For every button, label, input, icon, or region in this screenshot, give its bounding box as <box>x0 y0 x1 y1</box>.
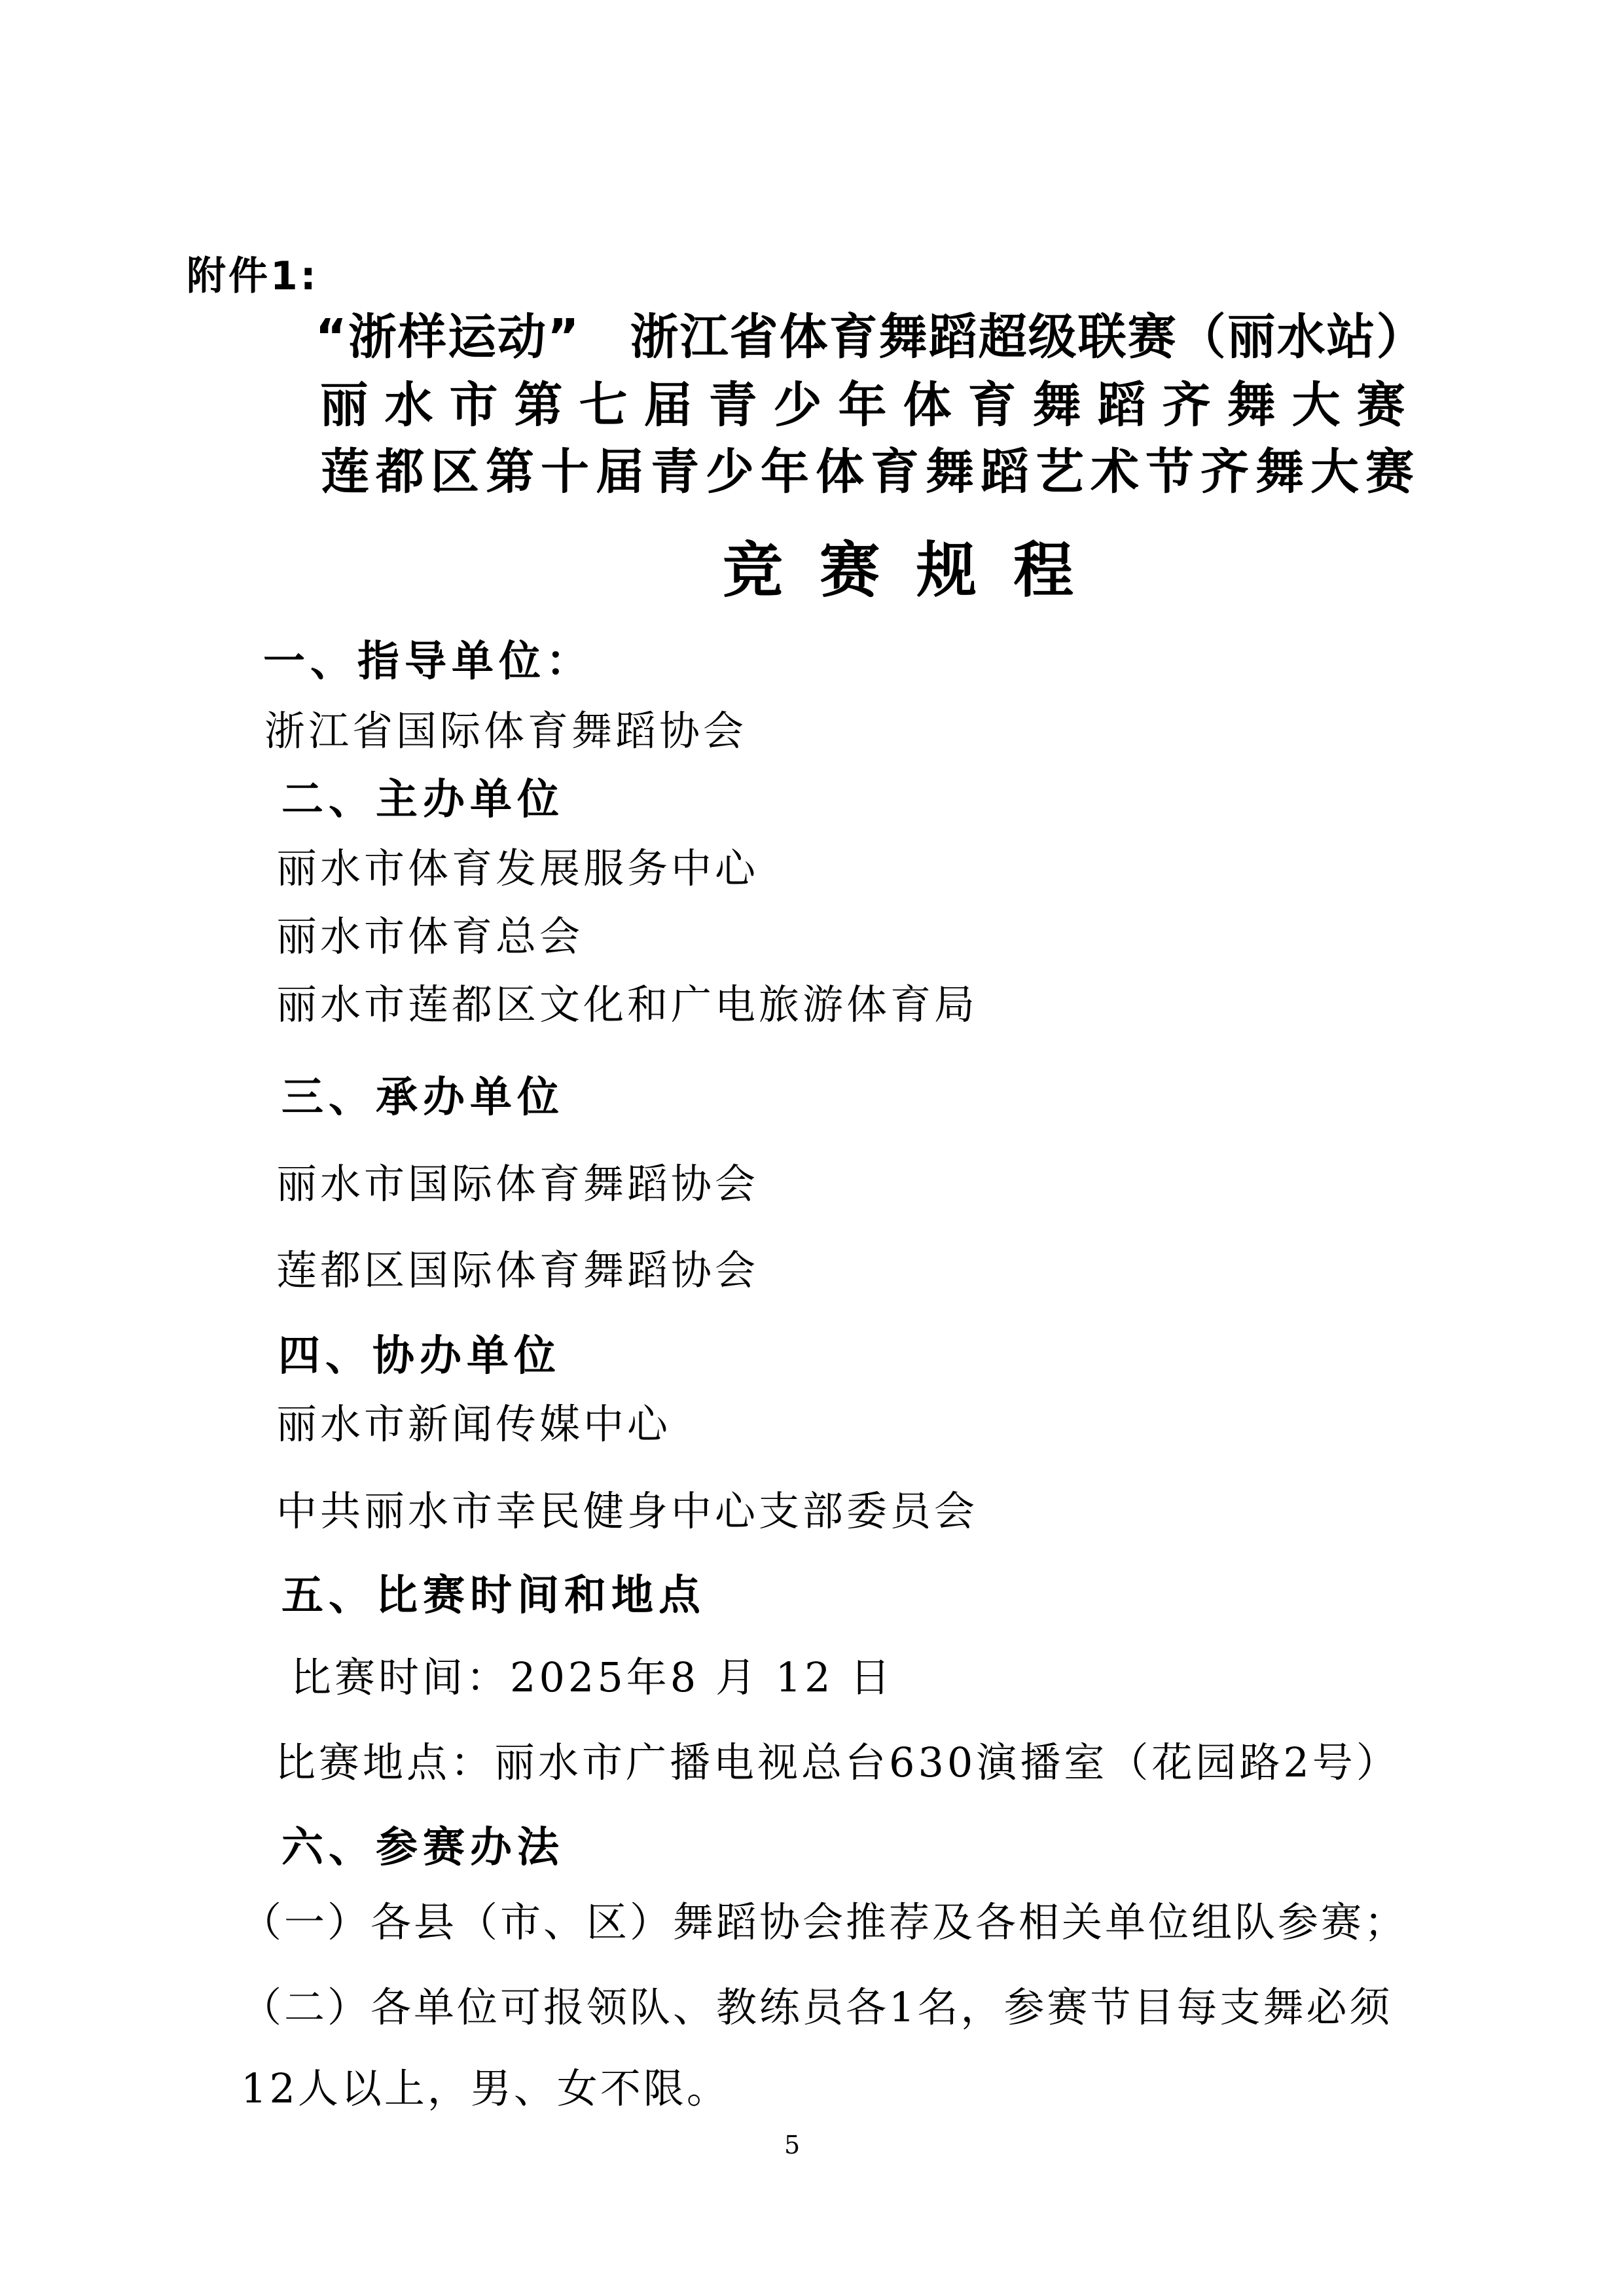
participation-rule-2: （二）各单位可报领队、教练员各1名，参赛节目每支舞必须 <box>241 1987 1392 2028</box>
section-item: 丽水市体育发展服务中心 <box>276 848 759 889</box>
competition-venue: 比赛地点：丽水市广播电视总台630演播室（花园路2号） <box>275 1742 1400 1783</box>
page-number: 5 <box>784 2133 800 2157</box>
document-title-line-2: 丽水市第七届青少年体育舞蹈齐舞大赛 <box>314 381 1427 429</box>
section-item: 丽水市莲都区文化和广电旅游体育局 <box>276 984 978 1025</box>
main-heading: 竞赛规程 <box>723 541 1110 601</box>
section-item: 丽水市体育总会 <box>276 916 583 957</box>
section-item: 丽水市新闻传媒中心 <box>276 1404 671 1445</box>
section-heading-participation-method: 六、参赛办法 <box>281 1827 564 1869</box>
section-heading-host-unit: 二、主办单位 <box>281 779 564 821</box>
section-item: 丽水市国际体育舞蹈协会 <box>276 1164 759 1204</box>
section-item: 浙江省国际体育舞蹈协会 <box>264 711 747 751</box>
document-title-line-3: 莲都区第十届青少年体育舞蹈艺术节齐舞大赛 <box>314 448 1427 496</box>
document-page: 附件1: “浙样运动” 浙江省体育舞蹈超级联赛（丽水站） 丽水市第七届青少年体育… <box>0 0 1624 2289</box>
section-heading-co-organizing-unit: 四、协办单位 <box>278 1335 561 1377</box>
participation-rule-1: （一）各县（市、区）舞蹈协会推荐及各相关单位组队参赛； <box>241 1902 1407 1943</box>
competition-time: 比赛时间：2025年8 月 12 日 <box>291 1657 893 1698</box>
document-title-line-1: “浙样运动” 浙江省体育舞蹈超级联赛（丽水站） <box>314 313 1427 361</box>
attachment-label: 附件1: <box>187 257 319 296</box>
participation-rule-2-continued: 12人以上，男、女不限。 <box>241 2068 730 2109</box>
section-item: 莲都区国际体育舞蹈协会 <box>276 1250 759 1291</box>
section-heading-organizing-unit: 三、承办单位 <box>281 1077 564 1119</box>
section-item: 中共丽水市幸民健身中心支部委员会 <box>276 1491 978 1532</box>
section-heading-time-and-venue: 五、比赛时间和地点 <box>281 1575 706 1617</box>
section-heading-guiding-unit: 一、指导单位： <box>263 641 593 683</box>
